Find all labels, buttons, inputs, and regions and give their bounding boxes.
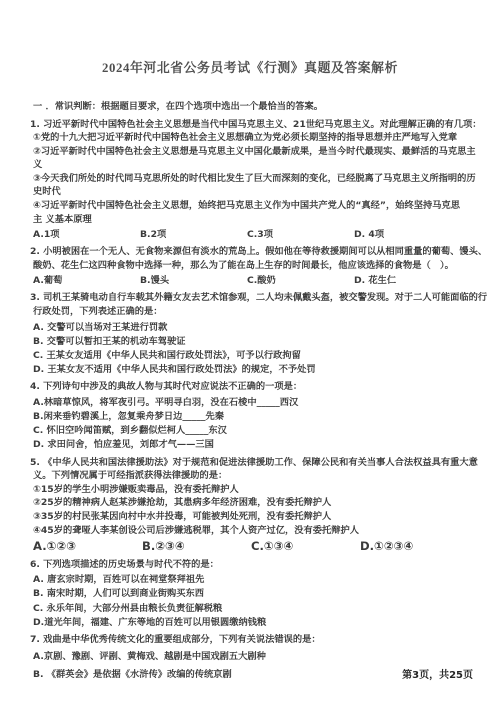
question-text-line: 6. 下列选项描述的历史场景与时代不符的是： (30, 558, 476, 572)
question-text-line: ④45岁的聋哑人李某创设公司后涉嫌逃税罪，其个人资产过亿，没有委托辩护人 (33, 524, 476, 538)
question-text-line: 4. 下列诗句中涉及的典故人物与其时代对应说法不正确的一项是： (30, 380, 476, 394)
document-page: 2024年河北省公务员考试《行测》真题及答案解析 一 ．常识判断：根据题目要求，… (0, 0, 500, 707)
answer-option-line: B. 南宋时期，人们可以到商业街购买东西 (33, 587, 476, 601)
answer-option-line: B. 交警可以暂扣王某的机动车驾驶证 (33, 335, 476, 349)
question-text-line: 史时代 (33, 185, 476, 199)
answer-option-line: C. 怀旧空吟闻笛赋，到乡翻似烂柯人_____东汉 (33, 424, 476, 438)
question-2: 2. 小明被困在一个无人、无食物来源但有淡水的荒岛上。假如他在等待救援期间可以从… (30, 245, 476, 288)
answer-option-line: D. 王某女友不适用《中华人民共和国行政处罚法》的规定，不予处罚 (33, 363, 476, 377)
answer-option: D. 花生仁 (354, 274, 396, 288)
question-text-line: 行政处罚，下列表述正确的是： (33, 305, 476, 319)
answer-option: A.葡萄 (33, 274, 140, 288)
answer-option-line: A. 唐玄宗时期，百姓可以在祠堂祭拜祖先 (33, 573, 476, 587)
question-text-line: ②习近平新时代中国特色社会主义思想是马克思主义中国化最新成果，是当今时代最现实、… (33, 145, 476, 159)
question-4: 4. 下列诗句中涉及的典故人物与其时代对应说法不正确的一项是： A.林暗草惊风，… (30, 380, 476, 452)
question-text-line: ①15岁的学生小明涉嫌贩卖毒品，没有委托辩护人 (33, 483, 476, 497)
answer-option: A.1项 (33, 228, 140, 242)
question-text-line: ②25岁的精神病人赵某涉嫌抢劫，其患病多年经济困难，没有委托辩护人 (33, 496, 476, 510)
answer-option-line: A.林暗草惊风，将军夜引弓。平明寻白羽，没在石棱中_____西汉 (33, 396, 476, 410)
question-text-line: ④习近平新时代中国特色社会主义思想，始终把马克思主义作为中国共产党人的“真经”，… (33, 199, 476, 213)
answer-option-line: C. 永乐年间，大部分州县由粮长负责征解税粮 (33, 602, 476, 616)
question-text-line: 义。下列情况属于可经指派获得法律援助的是： (33, 469, 476, 483)
question-text-line: 7. 戏曲是中华优秀传统文化的重要组成部分，下列有关说法错误的是： (30, 633, 476, 647)
question-text-line: 5. 《中华人民共和国法律援助法》对于规范和促进法律援助工作、保障公民和有关当事… (30, 456, 476, 470)
question-5: 5. 《中华人民共和国法律援助法》对于规范和促进法律援助工作、保障公民和有关当事… (30, 456, 476, 555)
page-number: 第3页，共25页 (402, 666, 473, 681)
question-text-line: 3. 司机王某骑电动自行车载其外籍女友去艺术馆参观，二人均未佩戴头盔，被交警发现… (30, 291, 476, 305)
question-text-line: 义 (33, 158, 476, 172)
answer-option: B.②③④ (142, 539, 251, 554)
answer-option-line: C. 王某女友适用《中华人民共和国行政处罚法》，可予以行政拘留 (33, 349, 476, 363)
answer-option: B.2项 (140, 228, 247, 242)
answer-option-line: D.道光年间，福建、广东等地的百姓可以用银圆缴纳钱粮 (33, 616, 476, 630)
answer-option-line: B.闲来垂钓碧溪上，忽复乘舟梦日边_____先秦 (33, 410, 476, 424)
question-text-line: 酸奶、花生仁这四种食物中选择一种，那么为了能在岛上生存的时间最长，他应该选择的食… (33, 259, 476, 273)
answer-option-line: D. 求田问舍，怕应羞见，刘郎才气——三国 (33, 438, 476, 452)
answer-option: D. 4项 (354, 228, 384, 242)
question-1: 1. 习近平新时代中国特色社会主义思想是当代中国马克思主义、21世纪马克思主义。… (30, 118, 476, 242)
section-heading: 一 ．常识判断：根据题目要求，在四个选项中选出一个最恰当的答案。 (33, 100, 476, 114)
question-text-line: 主 义基本原理 (33, 213, 476, 227)
question-text-line: 2. 小明被困在一个无人、无食物来源但有淡水的荒岛上。假如他在等待救援期间可以从… (30, 245, 476, 259)
answer-option: C.酸奶 (247, 274, 354, 288)
question-text-line: ③35岁的村民张某因向村中水井投毒，可能被判处死刑，没有委托辩护人 (33, 510, 476, 524)
answer-option-line: A. 交警可以当场对王某进行罚款 (33, 321, 476, 335)
answer-option: C.①③④ (251, 539, 360, 554)
question-6: 6. 下列选项描述的历史场景与时代不符的是： A. 唐玄宗时期，百姓可以在祠堂祭… (30, 558, 476, 630)
page-title: 2024年河北省公务员考试《行测》真题及答案解析 (0, 0, 500, 76)
question-3: 3. 司机王某骑电动自行车载其外籍女友去艺术馆参观，二人均未佩戴头盔，被交警发现… (30, 291, 476, 376)
exam-content: 一 ．常识判断：根据题目要求，在四个选项中选出一个最恰当的答案。 1. 习近平新… (30, 100, 476, 681)
question-text-line: ③今天我们所处的时代同马克思所处的时代相比发生了巨大而深刻的变化，已经脱离了马克… (33, 172, 476, 186)
answer-option: B.馒头 (140, 274, 247, 288)
answer-option: C.3项 (247, 228, 354, 242)
answer-option-line: A.京剧、豫剧、评剧、黄梅戏、越剧是中国戏剧五大剧种 (33, 650, 476, 664)
question-text-line: ①党的十九大把习近平新时代中国特色社会主义思想确立为党必须长期坚持的指导思想并庄… (33, 131, 476, 145)
answer-option: D.①②③④ (360, 539, 413, 554)
question-text-line: 1. 习近平新时代中国特色社会主义思想是当代中国马克思主义、21世纪马克思主义。… (30, 118, 476, 132)
answer-option: A.①②③ (33, 539, 142, 554)
